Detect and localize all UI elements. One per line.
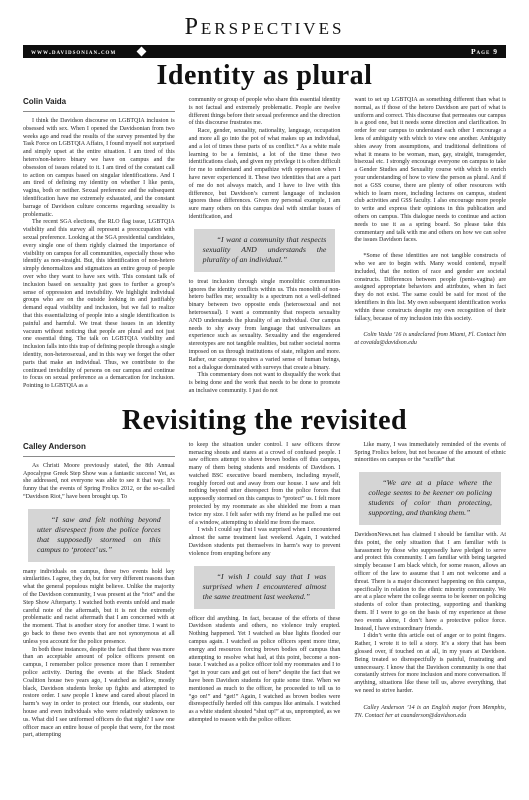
article2-column-1: Calley Anderson As Christi Moore previou… — [23, 442, 175, 741]
paragraph: want to set up LGBTQIA as something diff… — [354, 97, 506, 245]
paragraph: In both these instances, despite the fac… — [23, 647, 175, 741]
paragraph: DavidsonNews.net has claimed I should be… — [354, 532, 506, 633]
pull-quote: “I saw and felt nothing beyond utter dis… — [28, 509, 170, 562]
pull-quote: “I want a community that respects sexual… — [194, 229, 336, 272]
article-revisiting-the-revisited: Revisiting the revisited Calley Anderson… — [23, 406, 506, 741]
article2-title: Revisiting the revisited — [23, 406, 506, 436]
paragraph: The recent SGA elections, the RLO flag i… — [23, 219, 175, 391]
section-masthead: Perspectives — [23, 14, 506, 40]
article1-column-3: want to set up LGBTQIA as something diff… — [354, 97, 506, 348]
article-identity-as-plural: Identity as plural Colin Vaida I think t… — [23, 61, 506, 396]
page-number: Page 9 — [471, 47, 498, 56]
diamond-icon — [137, 47, 147, 57]
article1-title: Identity as plural — [23, 61, 506, 91]
paragraph: As Christi Moore previously stated, the … — [23, 463, 175, 502]
paragraph: Like many, I was immediately reminded of… — [354, 442, 506, 465]
article1-column-2: community or group of people who share t… — [189, 97, 341, 396]
article2-column-3: Like many, I was immediately reminded of… — [354, 442, 506, 721]
paragraph: This commentary does not want to disqual… — [189, 372, 341, 395]
paragraph: to treat inclusion through single monoli… — [189, 279, 341, 373]
footnote: *Some of these identities are not tangib… — [354, 253, 506, 323]
paragraph: many individuals on campus, these two ev… — [23, 569, 175, 647]
article1-byline: Colin Vaida — [23, 97, 175, 112]
paragraph: I didn’t write this article out of anger… — [354, 633, 506, 695]
article2-byline: Calley Anderson — [23, 442, 175, 457]
article2-column-2: to keep the situation under control. I s… — [189, 442, 341, 725]
folio-bar: www.davidsonian.com Page 9 — [23, 45, 506, 58]
paragraph: community or group of people who share t… — [189, 97, 341, 128]
paragraph: I think the Davidson discourse on LGBTQI… — [23, 118, 175, 219]
newspaper-page: Perspectives www.davidsonian.com Page 9 … — [0, 0, 529, 800]
article1-column-1: Colin Vaida I think the Davidson discour… — [23, 97, 175, 391]
paragraph: Race, gender, sexuality, nationality, la… — [189, 128, 341, 222]
paragraph: officer did anything. In fact, because o… — [189, 616, 341, 725]
paragraph: I wish I could say that I was surprised … — [189, 527, 341, 558]
pull-quote: “We are at a place where the college see… — [359, 472, 501, 525]
author-contact: Colin Vaida ’16 is undeclared from Miami… — [354, 332, 506, 348]
article1-columns: Colin Vaida I think the Davidson discour… — [23, 97, 506, 396]
author-contact: Calley Anderson ’14 is an English major … — [354, 705, 506, 721]
article2-columns: Calley Anderson As Christi Moore previou… — [23, 442, 506, 741]
pull-quote: “I wish I could say that I was surprised… — [194, 566, 336, 609]
paragraph: to keep the situation under control. I s… — [189, 442, 341, 528]
website-url: www.davidsonian.com — [31, 47, 116, 56]
